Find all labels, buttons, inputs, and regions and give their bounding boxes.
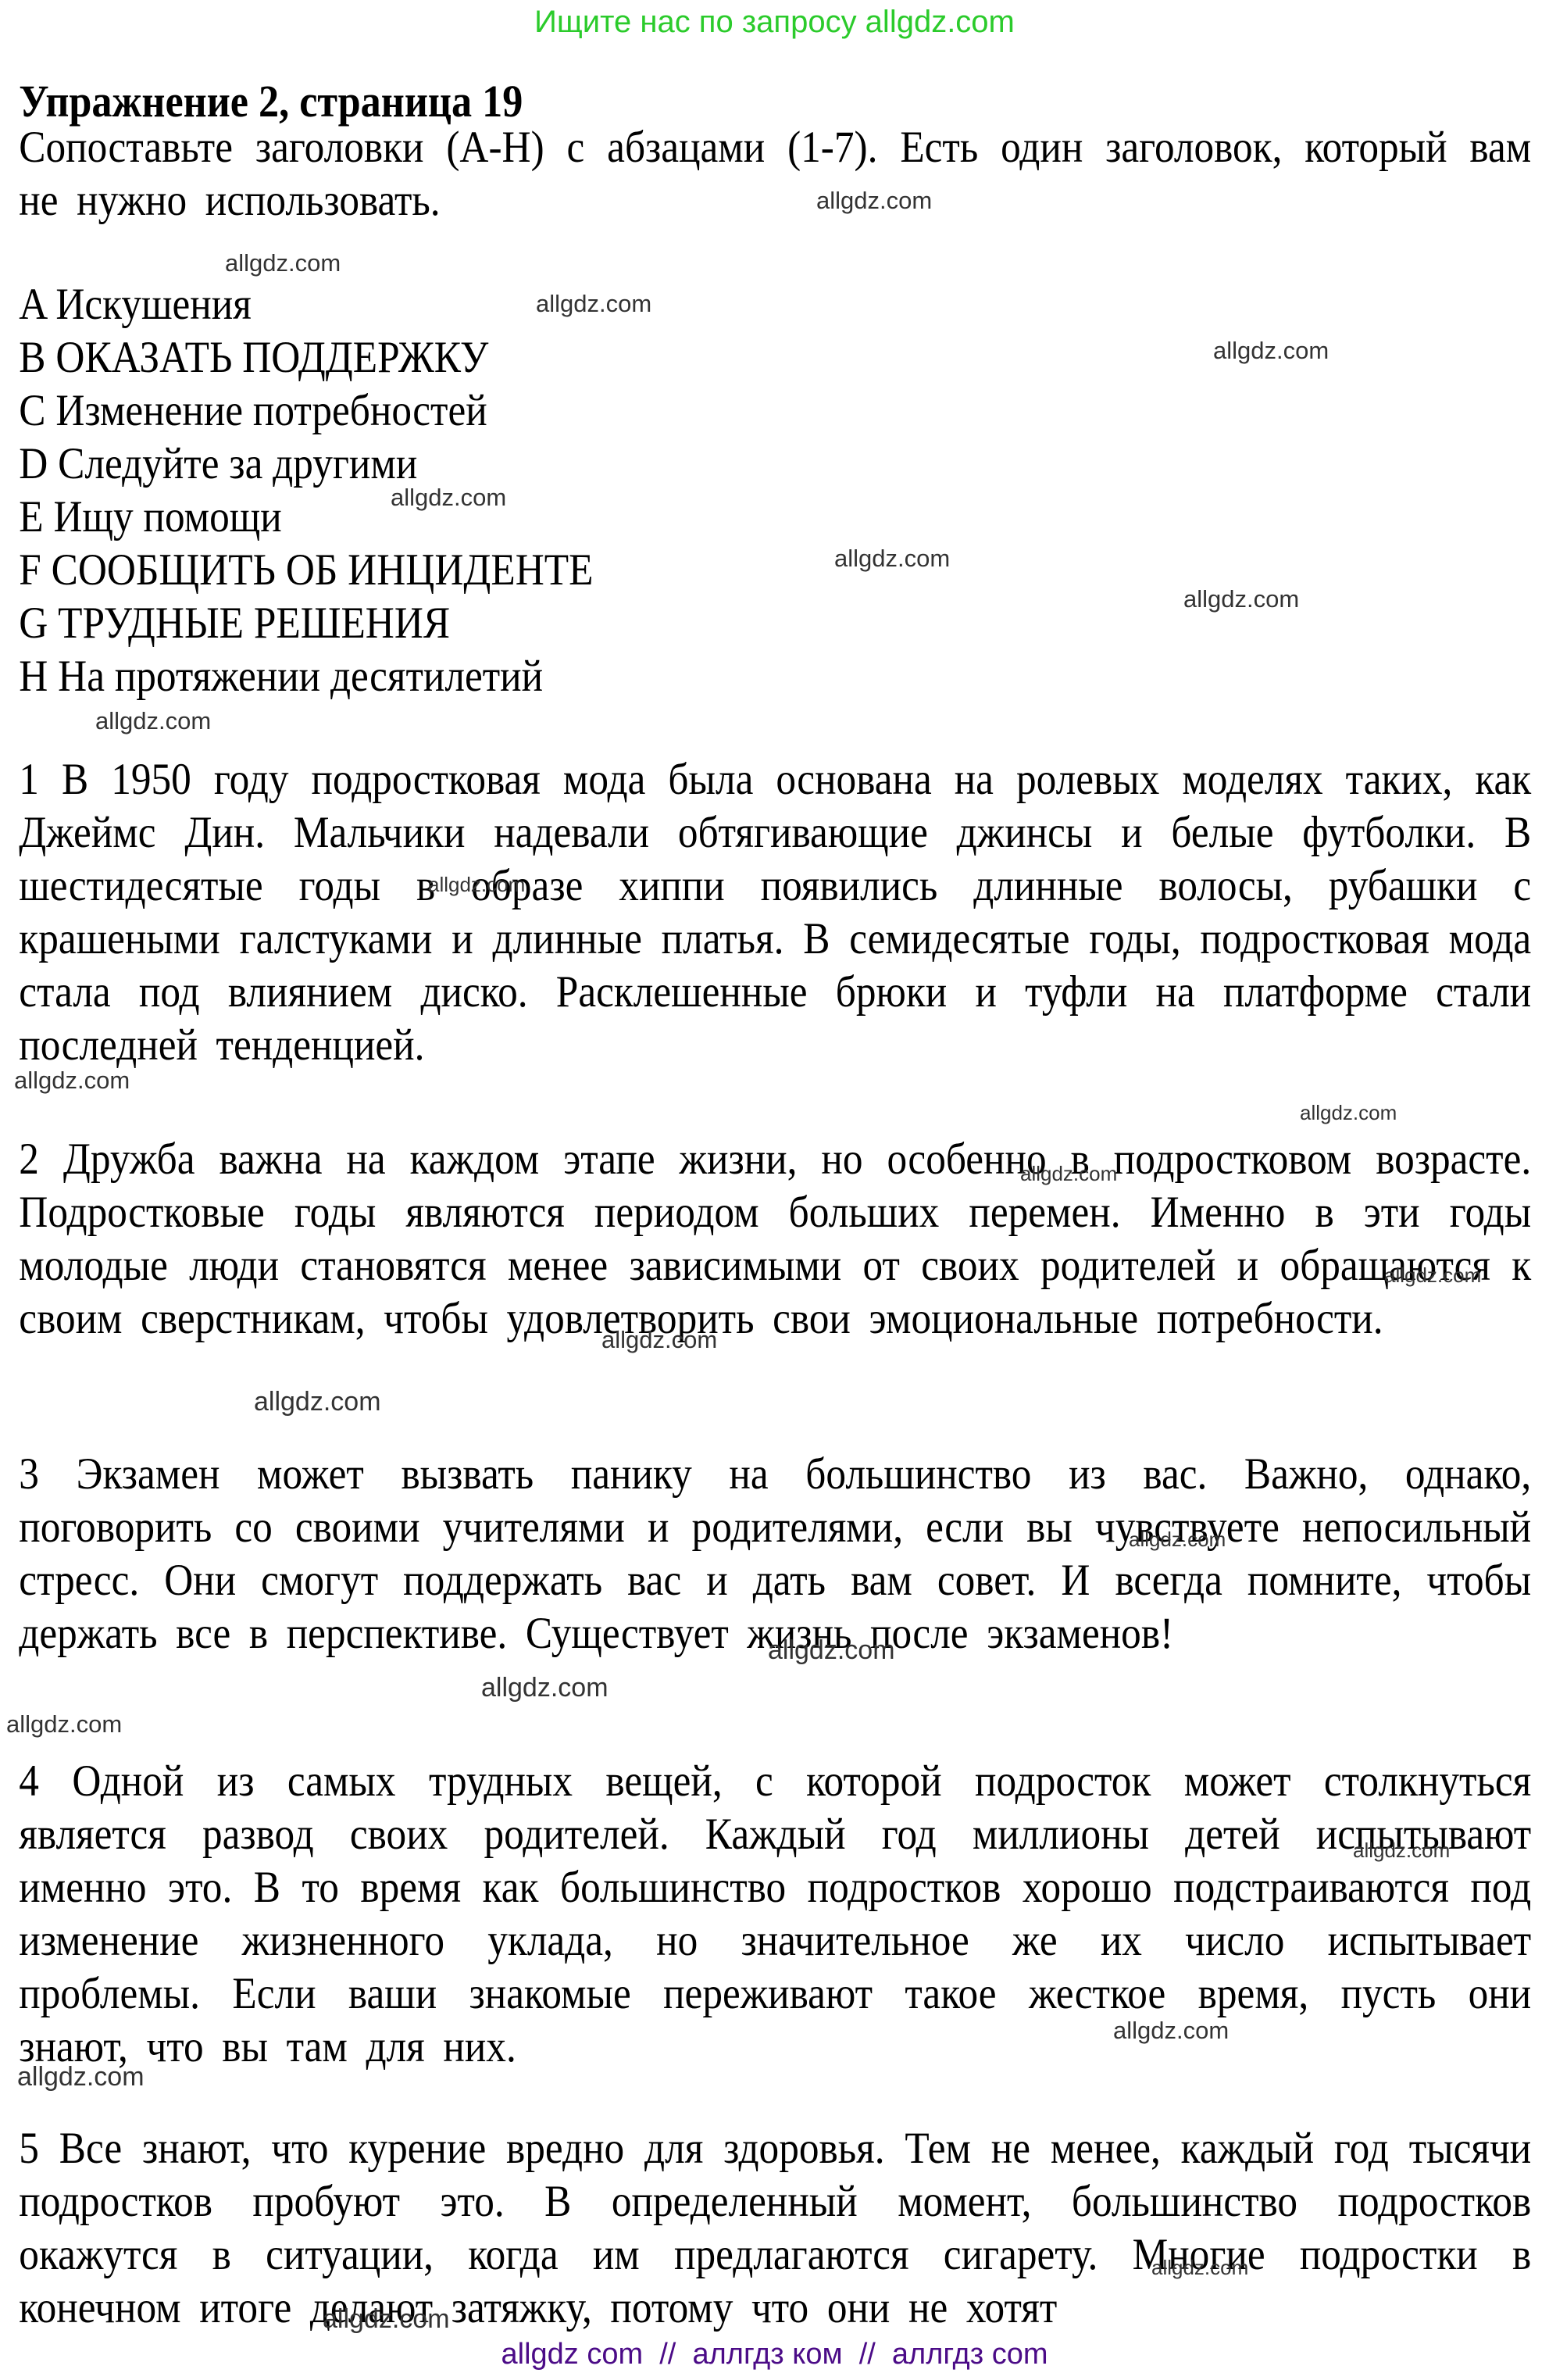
watermark: allgdz.com: [1129, 1528, 1226, 1551]
watermark: allgdz.com: [95, 708, 211, 734]
watermark: allgdz.com: [254, 1388, 381, 1417]
heading-text: На протяжении десятилетий: [58, 652, 543, 701]
heading-text: Искушения: [55, 280, 251, 329]
watermark: allgdz.com: [1151, 2257, 1248, 2279]
watermark: allgdz.com: [1113, 2017, 1229, 2044]
watermark: allgdz.com: [1353, 1839, 1450, 1862]
heading-option: D Следуйте за другими: [19, 438, 1531, 491]
paragraph-number: 2: [19, 1135, 39, 1184]
paragraph-text: Экзамен может вызвать панику на большинс…: [19, 1449, 1531, 1658]
paragraph-number: 1: [19, 755, 39, 804]
paragraph-number: 5: [19, 2124, 39, 2173]
heading-text: СООБЩИТЬ ОБ ИНЦИДЕНТЕ: [52, 545, 594, 595]
heading-text: Изменение потребностей: [55, 386, 487, 435]
watermark: allgdz.com: [536, 291, 651, 317]
paragraph: 5 Все знают, что курение вредно для здор…: [19, 2122, 1531, 2335]
watermark: allgdz.com: [1213, 338, 1329, 364]
heading-text: ОКАЗАТЬ ПОДДЕРЖКУ: [55, 333, 488, 382]
paragraph-text: В 1950 году подростковая мода была основ…: [19, 755, 1531, 1070]
heading-letter: B: [19, 333, 45, 382]
paragraph: 3 Экзамен может вызвать панику на больши…: [19, 1448, 1531, 1660]
watermark: allgdz.com: [6, 1711, 122, 1738]
watermark: allgdz.com: [816, 188, 932, 214]
heading-letter: E: [19, 492, 43, 541]
heading-letter: F: [19, 545, 41, 595]
heading-option: H На протяжении десятилетий: [19, 650, 1531, 703]
watermark: allgdz.com: [834, 545, 950, 572]
heading-letter: H: [19, 652, 48, 701]
watermark: allgdz.com: [601, 1327, 717, 1353]
heading-letter: A: [19, 280, 45, 329]
paragraph: 1 В 1950 году подростковая мода была осн…: [19, 753, 1531, 1072]
watermark: allgdz.com: [768, 1636, 895, 1665]
instruction-text: Сопоставьте заголовки (A-H) с абзацами (…: [19, 121, 1531, 227]
heading-text: Следуйте за другими: [58, 439, 417, 488]
heading-option: F СООБЩИТЬ ОБ ИНЦИДЕНТЕ: [19, 544, 1531, 597]
paragraph-number: 3: [19, 1449, 39, 1499]
watermark: allgdz.com: [391, 484, 506, 511]
watermark: allgdz.com: [17, 2063, 145, 2092]
watermark: allgdz.com: [1020, 1163, 1117, 1185]
footer-links: allgdz com // аллгдз ком // аллгдз com: [0, 2338, 1549, 2371]
watermark: allgdz.com: [428, 874, 525, 896]
watermark: allgdz.com: [14, 1067, 130, 1094]
heading-option: C Изменение потребностей: [19, 384, 1531, 438]
paragraph-text: Все знают, что курение вредно для здоров…: [19, 2124, 1531, 2332]
watermark: allgdz.com: [481, 1674, 609, 1703]
paragraph: 2 Дружба важна на каждом этапе жизни, но…: [19, 1133, 1531, 1345]
paragraph-text: Дружба важна на каждом этапе жизни, но о…: [19, 1135, 1531, 1343]
heading-option: G ТРУДНЫЕ РЕШЕНИЯ: [19, 597, 1531, 650]
watermark: allgdz.com: [323, 2305, 450, 2334]
heading-text: ТРУДНЫЕ РЕШЕНИЯ: [58, 599, 450, 648]
watermark: allgdz.com: [1384, 1264, 1481, 1287]
paragraph: 4 Одной из самых трудных вещей, с которо…: [19, 1755, 1531, 2074]
paragraph-number: 4: [19, 1756, 39, 1806]
heading-letter: G: [19, 599, 48, 648]
page-title: Упражнение 2, страница 19: [19, 77, 1531, 127]
heading-letter: D: [19, 439, 48, 488]
heading-text: Ищу помощи: [53, 492, 281, 541]
heading-option: A Искушения: [19, 278, 1531, 331]
watermark: allgdz.com: [1183, 586, 1299, 613]
paragraph-text: Одной из самых трудных вещей, с которой …: [19, 1756, 1531, 2071]
page: Ищите нас по запросу allgdz.com Упражнен…: [0, 0, 1549, 2380]
watermark: allgdz.com: [1300, 1102, 1397, 1124]
heading-option: E Ищу помощи: [19, 491, 1531, 544]
watermark: allgdz.com: [225, 250, 341, 277]
heading-letter: C: [19, 386, 45, 435]
